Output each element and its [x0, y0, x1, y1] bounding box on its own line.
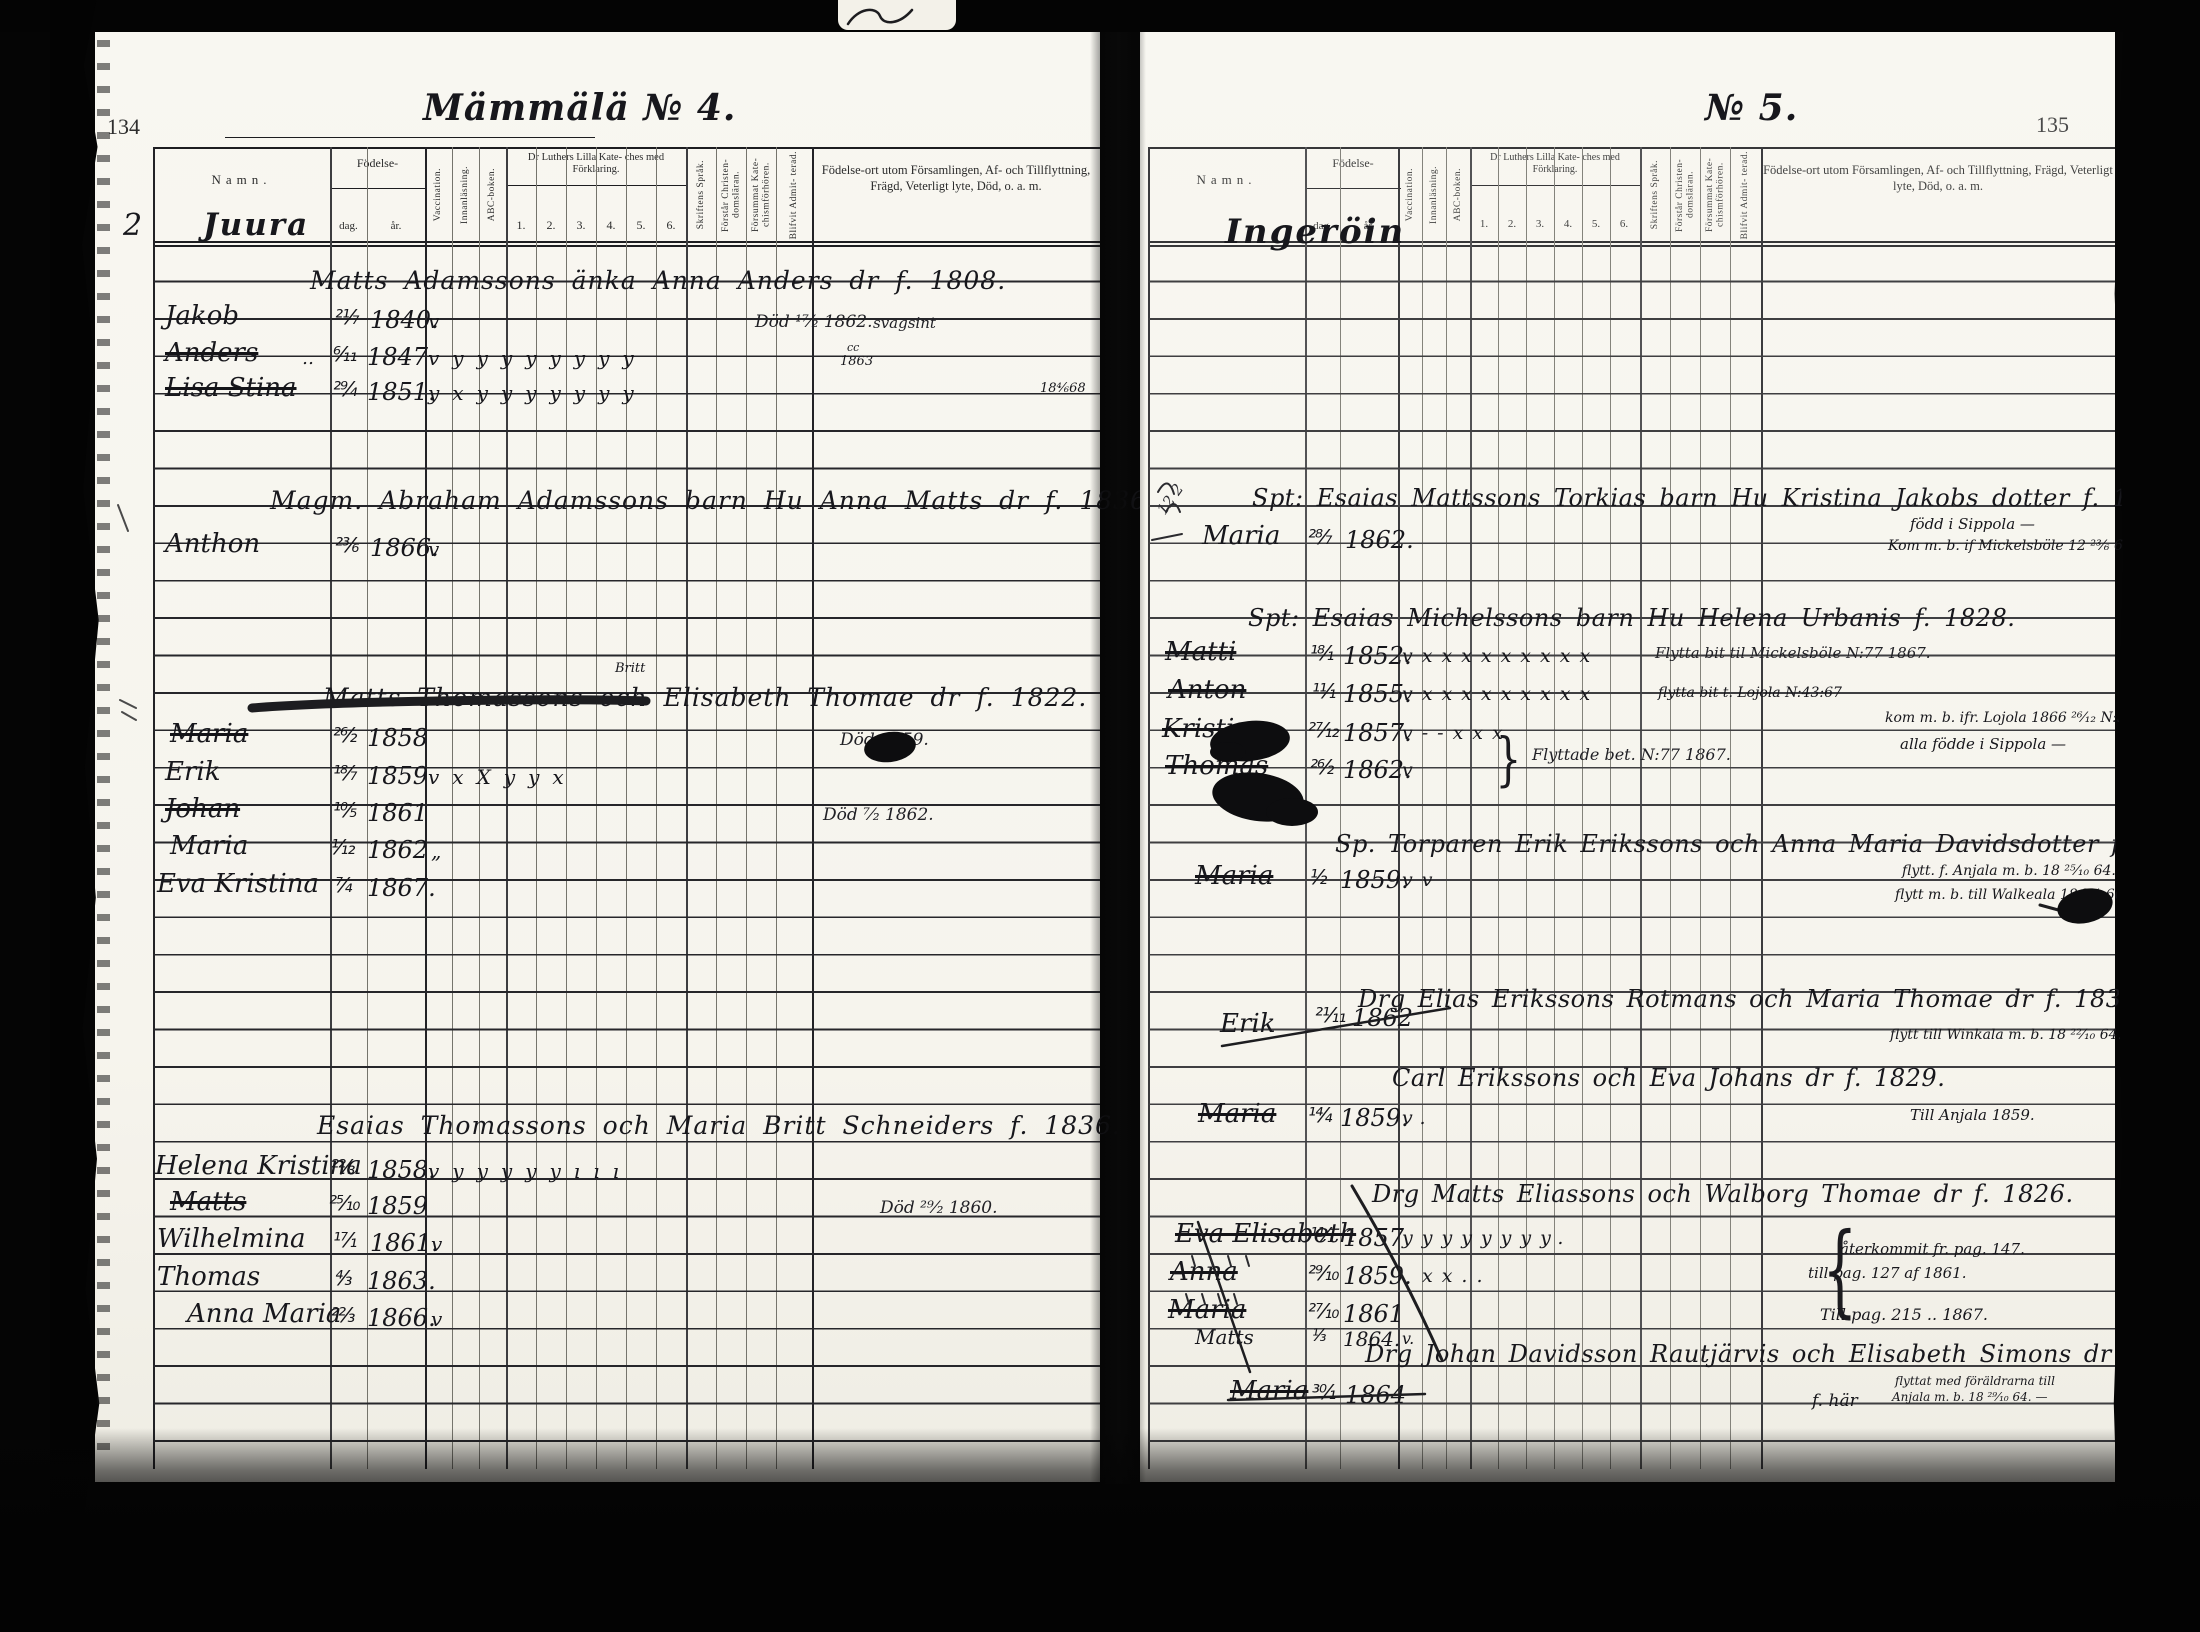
column-header-abc-boken: ABC-boken. [1453, 168, 1464, 221]
entry-birth: ¹⁄₃ [1312, 1328, 1325, 1345]
entry-year: 1863. [367, 1269, 436, 1293]
entry-year: 1859. [1340, 868, 1409, 892]
register-page-right: 135 № 5. Namn. Födelse- dag. år. Vaccina… [1140, 30, 2115, 1482]
kateches-col-2: 2. [536, 218, 566, 233]
kateches-col-6: 6. [656, 218, 686, 233]
kateches-col-4: 4. [1554, 218, 1582, 230]
scan-edge-bottom [0, 1428, 2200, 1632]
entry-name: Kristina [1162, 716, 1267, 742]
entry-year: 1851. [367, 380, 436, 404]
column-header-innanlasning: Innanläsning. [460, 166, 471, 224]
entry-year: 1864 [1345, 1383, 1406, 1407]
entry-admit-note: 1863 [840, 355, 873, 368]
table-top-border [1148, 147, 2115, 149]
column-header-namn: Namn. [1148, 172, 1305, 188]
family-note: Till Anjala 1859. [1910, 1108, 2035, 1123]
register-page-left: 134 Mämmälä № 4. Namn. Födelse- dag. år.… [95, 30, 1100, 1482]
entry-suffix: ‥ [302, 350, 314, 368]
kateches-col-6: 6. [1610, 218, 1638, 230]
column-header-kateches: Dr Luthers Lilla Kate- ches med Förklari… [1470, 152, 1640, 175]
entry-name: Maria [1230, 1378, 1308, 1404]
column-header-skriftens: Skriftens Språk. [696, 160, 707, 229]
entry-marks: v [1402, 761, 1422, 780]
entry-year: 1859. [1343, 1264, 1412, 1288]
family-header: Esaias Thomassons och Maria Britt Schnei… [317, 1113, 1121, 1138]
entry-name: Anton [1168, 677, 1246, 703]
family-header: Carl Erikssons och Eva Johans dr f. 1829… [1392, 1066, 1945, 1090]
entry-name: Thomas [1165, 753, 1268, 779]
fodelse-split-line [1305, 188, 1401, 189]
column-header-blifvit: Blifvit Admit- terad. [789, 151, 800, 239]
entry-birth: ³⁰⁄₁ [1312, 1382, 1335, 1402]
entry-note: flytta bit t. Lojola N:43:67 [1658, 686, 1842, 700]
scan-top-notch [838, 0, 956, 30]
family-note: Till pag. 215 .. 1867. [1820, 1307, 1988, 1323]
column-header-forstar: Förstår Christen- domsläran. [721, 149, 742, 241]
kateches-col-2: 2. [1498, 218, 1526, 230]
entry-marks: vyyyyyyyy [428, 348, 647, 368]
scan-torn-streaks [97, 40, 110, 1460]
column-header-notes: Födelse-ort utom Församlingen, Af- och T… [1761, 162, 2115, 194]
column-header-fodelse: Födelse- [1305, 156, 1401, 171]
family-note: flytt. f. Anjala m. b. 18 ²⁵⁄₁₀ 64. — [1902, 864, 2134, 878]
entry-name: Anders [165, 340, 258, 366]
entry-year: 1862. [1345, 528, 1414, 552]
column-header-forstar: Förstår Christen- domsläran. [1675, 149, 1696, 241]
entry-year: 1858. [367, 1158, 436, 1182]
column-header-forsummat: Försummat Kate- chismförhören. [1705, 149, 1726, 241]
entry-note-2: svagsint [873, 316, 936, 331]
entry-birth: ¹⁄₁₂ [331, 837, 354, 857]
fodelse-split-line [330, 188, 425, 189]
kateches-col-5: 5. [1582, 218, 1610, 230]
entry-name: Maria [1198, 1101, 1276, 1127]
page-number: 134 [107, 114, 140, 140]
entry-marks: xx.. [1422, 1267, 1492, 1286]
entry-name: Eva Kristina [157, 871, 319, 897]
entry-name: Erik [165, 759, 220, 785]
family-header: Spt: Esaias Michelssons barn Hu Helena U… [1248, 606, 2015, 630]
entry-birth: ²⁶⁄₂ [1310, 757, 1333, 777]
kateches-col-3: 3. [566, 218, 596, 233]
column-header-fodelse: Födelse- [330, 156, 425, 171]
grouping-brace: } [1496, 730, 1522, 788]
kateches-split-line [1470, 185, 1640, 186]
entry-year: 1866. [367, 1306, 436, 1330]
column-header-ar: år. [367, 220, 425, 232]
column-header-namn: Namn. [153, 172, 330, 188]
entry-birth: ²²⁄₃ [331, 1157, 354, 1177]
family-note: återkommit fr. pag. 147. [1840, 1242, 2025, 1257]
column-header-skriftens: Skriftens Språk. [1650, 160, 1661, 229]
column-header-dag: dag. [330, 220, 367, 232]
entry-year: 1847 [367, 345, 428, 369]
entry-name: Anthon [165, 531, 260, 557]
family-header-superscript: Britt [615, 662, 645, 675]
column-header-vaccination: Vaccination. [1405, 168, 1416, 221]
scanned-parish-register: { "palette": { "paper": "#f8f7f1", "ink"… [0, 0, 2200, 1632]
entry-birth: ¹¹⁄₁ [1310, 1225, 1333, 1245]
family-note: f. här [1812, 1393, 1858, 1410]
entry-note: Död ¹⁷⁄₂ 1862. [755, 314, 873, 331]
entry-name: Johan [165, 796, 240, 822]
entry-admit-note: 18⁴⁄₆68 [1040, 382, 1086, 395]
entry-year: 1861 [367, 801, 428, 825]
entry-note: Flytta bit til Mickelsböle N:77 1867. [1655, 646, 1931, 661]
family-note: kom m. b. ifr. Lojola 1866 ²⁶⁄₁₂ N:35. — [1885, 711, 2158, 725]
entry-name: Matts [170, 1189, 246, 1215]
entry-birth: ⁶⁄₁₁ [333, 344, 356, 364]
entry-marks: vxXyyx [428, 767, 577, 787]
entry-year: 1857 [1343, 1226, 1404, 1250]
entry-marks: v [428, 539, 452, 559]
entry-birth: ²¹⁄₁₁ [1315, 1005, 1345, 1025]
entry-marks: yxyyyyyyy [428, 383, 647, 403]
entry-name: Erik [1220, 1011, 1275, 1037]
scan-edge-top [0, 0, 2200, 32]
entry-birth: ²³⁄₆ [335, 535, 358, 555]
family-note: till pag. 127 af 1861. [1808, 1266, 1966, 1281]
family-header: Sp. Torparen Erik Erikssons och Anna Mar… [1335, 832, 2200, 856]
title-underline [225, 137, 595, 138]
entry-name: Jakob [165, 303, 239, 329]
entry-birth: ¹¹⁄₁ [1312, 681, 1335, 701]
family-header: Drg Matts Eliassons och Walborg Thomae d… [1372, 1182, 2074, 1206]
page-title: Mämmälä № 4. [423, 90, 736, 126]
margin-number: 2 [123, 211, 142, 241]
column-header-notes: Födelse-ort utom Församlingen, Af- och T… [812, 162, 1100, 194]
entry-birth: ²⁵⁄₁₀ [329, 1193, 359, 1213]
family-header: Matts Thomassons och Elisabeth Thomae dr… [323, 685, 1087, 710]
family-header: Matts Adamssons änka Anna Anders dr f. 1… [310, 268, 1006, 293]
entry-marks: vv [1402, 871, 1441, 890]
scan-edge-right [2112, 0, 2200, 1632]
kateches-col-5: 5. [626, 218, 656, 233]
ruled-lines [153, 245, 1100, 1469]
entry-name: Maria [170, 721, 248, 747]
entry-marks: v [431, 1309, 455, 1329]
entry-birth: ¹⁷⁄₁ [333, 1230, 356, 1250]
kateches-col-4: 4. [596, 218, 626, 233]
entry-name: Maria [1202, 523, 1280, 549]
family-header: Spt: Esaias Mattssons Torkias barn Hu Kr… [1252, 486, 2184, 510]
entry-birth: ²⁷⁄₁₂ [1308, 720, 1338, 740]
entry-name: Matts [1195, 1327, 1254, 1347]
column-header-innanlasning: Innanläsning. [1429, 166, 1440, 224]
entry-birth: ²⁶⁄₂ [333, 725, 356, 745]
column-header-forsummat: Försummat Kate- chismförhören. [751, 149, 772, 241]
entry-year: 1862 [1352, 1006, 1413, 1030]
entry-note: Död 1859. [840, 732, 929, 749]
entry-birth: ⁴⁄₃ [335, 1268, 351, 1288]
column-header-blifvit: Blifvit Admit- terad. [1740, 151, 1751, 239]
entry-name: Lisa Stina [165, 375, 297, 401]
entry-year: 1858 [367, 726, 428, 750]
entry-marks: yyyyyyyy. [1402, 1229, 1572, 1248]
family-note: född i Sippola — [1910, 517, 2035, 532]
family-header: Drg Elias Erikssons Rotmans och Maria Th… [1358, 987, 2145, 1011]
entry-birth: ¹⁴⁄₄ [1308, 1105, 1331, 1125]
entry-marks: v. [1402, 1109, 1435, 1128]
entry-birth: ²²⁄₃ [331, 1305, 354, 1325]
entry-marks: vyyyyyııı [428, 1161, 632, 1181]
kateches-col-3: 3. [1526, 218, 1554, 230]
entry-name: Anna Maria [187, 1301, 341, 1327]
family-header: Magm. Abraham Adamssons barn Hu Anna Mat… [270, 488, 1156, 513]
family-note: alla födde i Sippola — [1900, 737, 2066, 752]
entry-name: Wilhelmina [157, 1226, 306, 1252]
entry-marks: v [431, 1234, 455, 1254]
entry-birth: ²¹⁄₇ [335, 307, 358, 327]
farm-name: Juura [203, 210, 309, 241]
kateches-col-1: 1. [1470, 218, 1498, 230]
entry-birth: ¹⁰⁄₅ [333, 800, 356, 820]
entry-birth: ¹⁸⁄₁ [1310, 643, 1333, 663]
entry-marks: vxxxxxxxxx [1402, 647, 1599, 666]
family-note: flyttat med föräldrarna till [1895, 1375, 2055, 1387]
column-header-vaccination: Vaccination. [433, 168, 444, 221]
entry-year: 1867. [367, 876, 436, 900]
family-note: Anjala m. b. 18 ²⁹⁄₁₀ 64. — [1892, 1391, 2047, 1403]
family-header: Drg Johan Davidsson Rautjärvis och Elisa… [1365, 1342, 2200, 1366]
brace-note: Flyttade bet. N:77 1867. [1532, 747, 1731, 763]
farm-name: Ingeröin [1225, 215, 1405, 249]
entry-birth: ²⁹⁄₄ [333, 379, 356, 399]
entry-birth: ⁷⁄₄ [335, 875, 351, 895]
entry-name: Maria [1195, 863, 1273, 889]
entry-name: Maria [170, 833, 248, 859]
entry-name: Thomas [157, 1264, 260, 1290]
entry-note: Död ²⁹⁄₂ 1860. [880, 1200, 998, 1217]
entry-year: 1859 [367, 764, 428, 788]
entry-birth: ¹⁸⁄₇ [333, 763, 356, 783]
entry-name: Maria [1168, 1297, 1246, 1323]
kateches-col-1: 1. [506, 218, 536, 233]
entry-marks: „ [431, 841, 454, 861]
entry-note: Död ⁷⁄₂ 1862. [823, 807, 934, 824]
entry-name: Matti [1165, 639, 1236, 665]
book-gutter-shadow [1090, 28, 1146, 1484]
entry-admit-note: cc [847, 342, 859, 353]
entry-birth: ²⁸⁄₇ [1308, 527, 1331, 547]
entry-year: 1861. [370, 1231, 439, 1255]
entry-year: 1861 [1343, 1302, 1404, 1326]
entry-year: 1859 [367, 1194, 428, 1218]
entry-year: 1862 [367, 838, 428, 862]
entry-birth: ²⁷⁄₁₀ [1308, 1301, 1338, 1321]
entry-marks: v [428, 311, 452, 331]
entry-name: Anna [1170, 1259, 1238, 1285]
entry-marks: vxxxxxxxxx [1402, 685, 1599, 704]
column-header-abc-boken: ABC-boken. [487, 168, 498, 221]
entry-birth: ²⁹⁄₁₀ [1308, 1263, 1338, 1283]
entry-birth: ¹⁄₂ [1310, 867, 1326, 887]
family-note: flytt till Winkala m. b. 18 ²²⁄₁₀ 64. [1890, 1028, 2122, 1042]
entry-year: 1859. [1340, 1106, 1409, 1130]
